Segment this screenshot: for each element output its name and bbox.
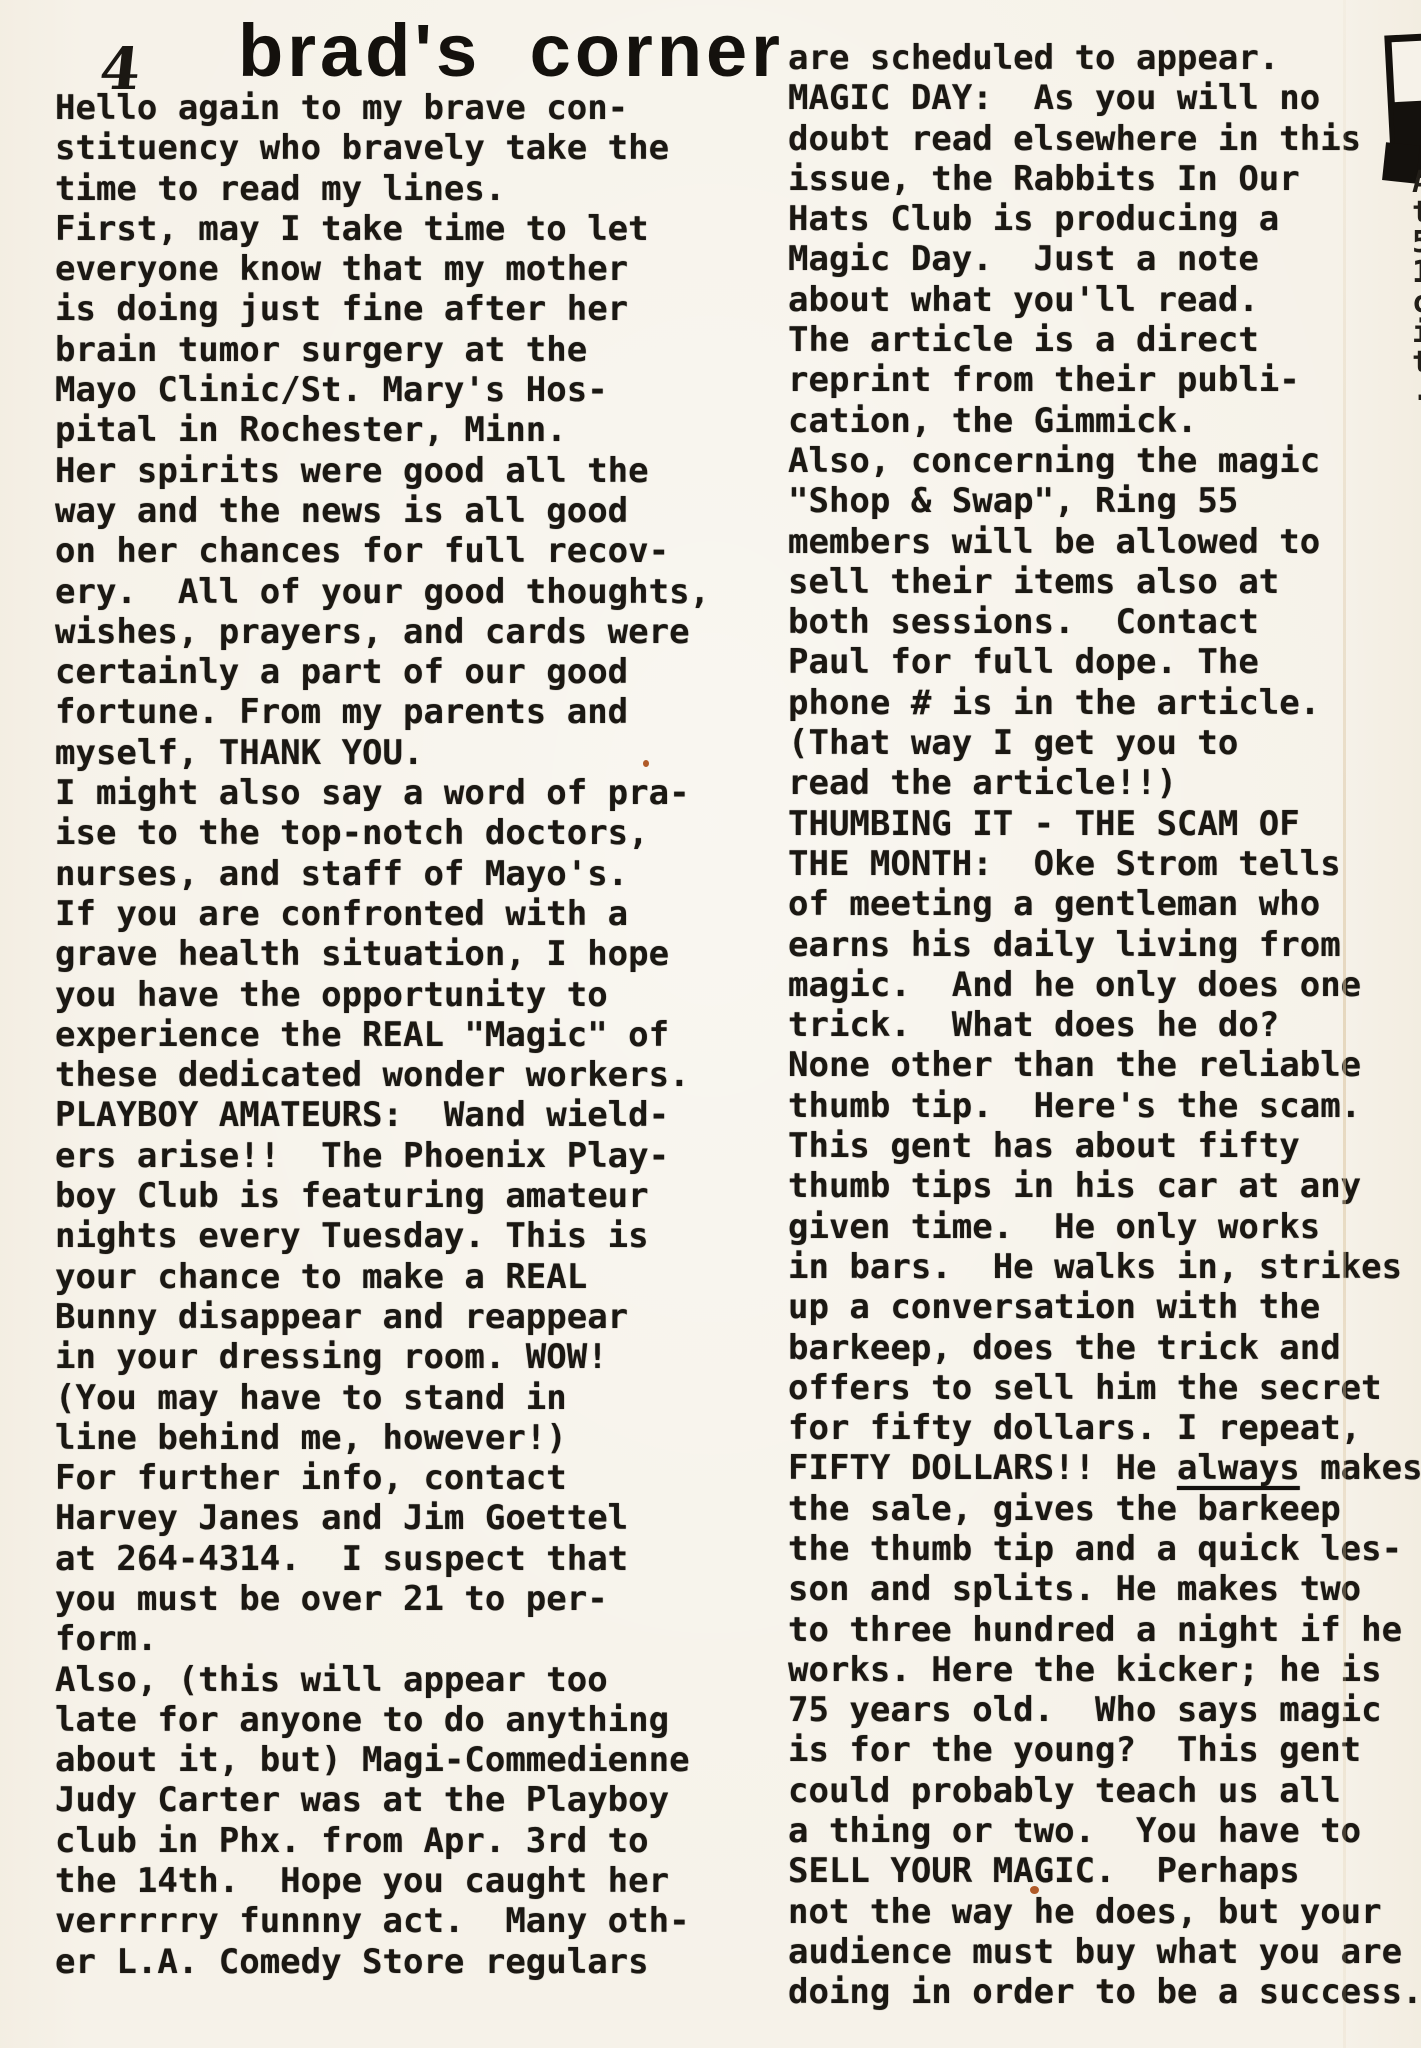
text-line: ise to the top-notch doctors,	[55, 813, 710, 853]
text-line: for fifty dollars. I repeat,	[788, 1408, 1421, 1448]
edge-fragment-char: 5	[1412, 228, 1421, 258]
text-line: Magic Day. Just a note	[788, 239, 1421, 279]
edge-fragment-char: A	[1412, 168, 1421, 198]
text-line: This gent has about fifty	[788, 1126, 1421, 1166]
text-line: read the article!!)	[788, 763, 1421, 803]
text-line: issue, the Rabbits In Our	[788, 159, 1421, 199]
text-line: Harvey Janes and Jim Goettel	[55, 1498, 710, 1538]
text-line: way and the news is all good	[55, 491, 710, 531]
text-line: offers to sell him the secret	[788, 1368, 1421, 1408]
text-line: Bunny disappear and reappear	[55, 1297, 710, 1337]
text-line: Also, concerning the magic	[788, 441, 1421, 481]
text-line: both sessions. Contact	[788, 602, 1421, 642]
text-line: your chance to make a REAL	[55, 1257, 710, 1297]
text-line: Judy Carter was at the Playboy	[55, 1780, 710, 1820]
right-column: are scheduled to appear.MAGIC DAY: As yo…	[788, 38, 1421, 2013]
text-line: reprint from their publi-	[788, 360, 1421, 400]
text-line: in your dressing room. WOW!	[55, 1337, 710, 1377]
text-line: audience must buy what you are	[788, 1932, 1421, 1972]
text-line: given time. He only works	[788, 1207, 1421, 1247]
text-line: myself, THANK YOU.	[55, 733, 710, 773]
text-line: For further info, contact	[55, 1458, 710, 1498]
paper-crease	[1343, 0, 1346, 2048]
text-line: you must be over 21 to per-	[55, 1579, 710, 1619]
text-line: The article is a direct	[788, 320, 1421, 360]
text-line: First, may I take time to let	[55, 209, 710, 249]
text-line: to three hundred a night if he	[788, 1610, 1421, 1650]
text-line: these dedicated wonder workers.	[55, 1055, 710, 1095]
text-line: FIFTY DOLLARS!! He always makes	[788, 1448, 1421, 1488]
text-line: (That way I get you to	[788, 723, 1421, 763]
text-line: late for anyone to do anything	[55, 1700, 710, 1740]
text-line: the thumb tip and a quick les-	[788, 1529, 1421, 1569]
text-line: on her chances for full recov-	[55, 531, 710, 571]
text-line: Her spirits were good all the	[55, 451, 710, 491]
text-line: Paul for full dope. The	[788, 642, 1421, 682]
text-line: are scheduled to appear.	[788, 38, 1421, 78]
text-line: wishes, prayers, and cards were	[55, 612, 710, 652]
edge-fragment-char: t	[1412, 198, 1421, 228]
text-line: brain tumor surgery at the	[55, 330, 710, 370]
text-line: works. Here the kicker; he is	[788, 1650, 1421, 1690]
text-line: certainly a part of our good	[55, 652, 710, 692]
cutoff-illustration	[1384, 33, 1421, 180]
text-line: THE MONTH: Oke Strom tells	[788, 844, 1421, 884]
edge-fragment-char: .	[1412, 376, 1421, 406]
underlined-word: always	[1177, 1448, 1300, 1488]
text-line: PLAYBOY AMATEURS: Wand wield-	[55, 1095, 710, 1135]
text-line: of meeting a gentleman who	[788, 884, 1421, 924]
text-line: in bars. He walks in, strikes	[788, 1247, 1421, 1287]
text-line: you have the opportunity to	[55, 975, 710, 1015]
text-line: er L.A. Comedy Store regulars	[55, 1942, 710, 1982]
edge-fragment-char: 1	[1412, 258, 1421, 288]
text-line: ers arise!! The Phoenix Play-	[55, 1136, 710, 1176]
text-line: "Shop & Swap", Ring 55	[788, 481, 1421, 521]
text-line: nurses, and staff of Mayo's.	[55, 854, 710, 894]
text-line: magic. And he only does one	[788, 965, 1421, 1005]
text-line: is for the young? This gent	[788, 1730, 1421, 1770]
text-line: everyone know that my mother	[55, 249, 710, 289]
text-line: barkeep, does the trick and	[788, 1328, 1421, 1368]
text-line: experience the REAL "Magic" of	[55, 1015, 710, 1055]
text-line: sell their items also at	[788, 562, 1421, 602]
text-line: pital in Rochester, Minn.	[55, 410, 710, 450]
text-line: up a conversation with the	[788, 1287, 1421, 1327]
text-line: could probably teach us all	[788, 1771, 1421, 1811]
text-line: MAGIC DAY: As you will no	[788, 78, 1421, 118]
edge-fragment-char: i	[1412, 318, 1421, 348]
text-line: SELL YOUR MAGIC. Perhaps	[788, 1851, 1421, 1891]
text-line: not the way he does, but your	[788, 1892, 1421, 1932]
text-line: None other than the reliable	[788, 1045, 1421, 1085]
text-line: THUMBING IT - THE SCAM OF	[788, 804, 1421, 844]
ink-speck	[1030, 1886, 1039, 1894]
text-line: fortune. From my parents and	[55, 692, 710, 732]
text-line: cation, the Gimmick.	[788, 401, 1421, 441]
text-line: grave health situation, I hope	[55, 934, 710, 974]
text-line: (You may have to stand in	[55, 1378, 710, 1418]
text-line: Hello again to my brave con-	[55, 88, 710, 128]
text-line: about it, but) Magi-Commedienne	[55, 1740, 710, 1780]
newsletter-page: 4 brad's corner Hello again to my brave …	[0, 0, 1421, 2048]
text-line: stituency who bravely take the	[55, 128, 710, 168]
text-line: line behind me, however!)	[55, 1418, 710, 1458]
left-column: Hello again to my brave con-stituency wh…	[55, 88, 710, 1982]
ink-speck	[643, 760, 649, 767]
text-line: Hats Club is producing a	[788, 199, 1421, 239]
edge-fragment-char: c	[1412, 288, 1421, 318]
text-line: a thing or two. You have to	[788, 1811, 1421, 1851]
text-line: at 264-4314. I suspect that	[55, 1539, 710, 1579]
text-line: If you are confronted with a	[55, 894, 710, 934]
text-line: doubt read elsewhere in this	[788, 119, 1421, 159]
text-line: son and splits. He makes two	[788, 1569, 1421, 1609]
text-line: 75 years old. Who says magic	[788, 1690, 1421, 1730]
page-title: brad's corner	[238, 12, 784, 90]
text-line: time to read my lines.	[55, 169, 710, 209]
text-line: ery. All of your good thoughts,	[55, 572, 710, 612]
text-line: thumb tips in his car at any	[788, 1166, 1421, 1206]
text-line: is doing just fine after her	[55, 289, 710, 329]
text-line: doing in order to be a success.	[788, 1972, 1421, 2012]
text-line: phone # is in the article.	[788, 683, 1421, 723]
text-line: verrrrry funnny act. Many oth-	[55, 1901, 710, 1941]
text-line: members will be allowed to	[788, 522, 1421, 562]
text-line: nights every Tuesday. This is	[55, 1216, 710, 1256]
text-line: the 14th. Hope you caught her	[55, 1861, 710, 1901]
text-line: trick. What does he do?	[788, 1005, 1421, 1045]
text-line: boy Club is featuring amateur	[55, 1176, 710, 1216]
text-line: thumb tip. Here's the scam.	[788, 1086, 1421, 1126]
text-line: earns his daily living from	[788, 925, 1421, 965]
text-line: the sale, gives the barkeep	[788, 1489, 1421, 1529]
text-line: Also, (this will appear too	[55, 1660, 710, 1700]
text-line: I might also say a word of pra-	[55, 773, 710, 813]
text-line: form.	[55, 1619, 710, 1659]
text-line: about what you'll read.	[788, 280, 1421, 320]
text-line: club in Phx. from Apr. 3rd to	[55, 1821, 710, 1861]
text-line: Mayo Clinic/St. Mary's Hos-	[55, 370, 710, 410]
